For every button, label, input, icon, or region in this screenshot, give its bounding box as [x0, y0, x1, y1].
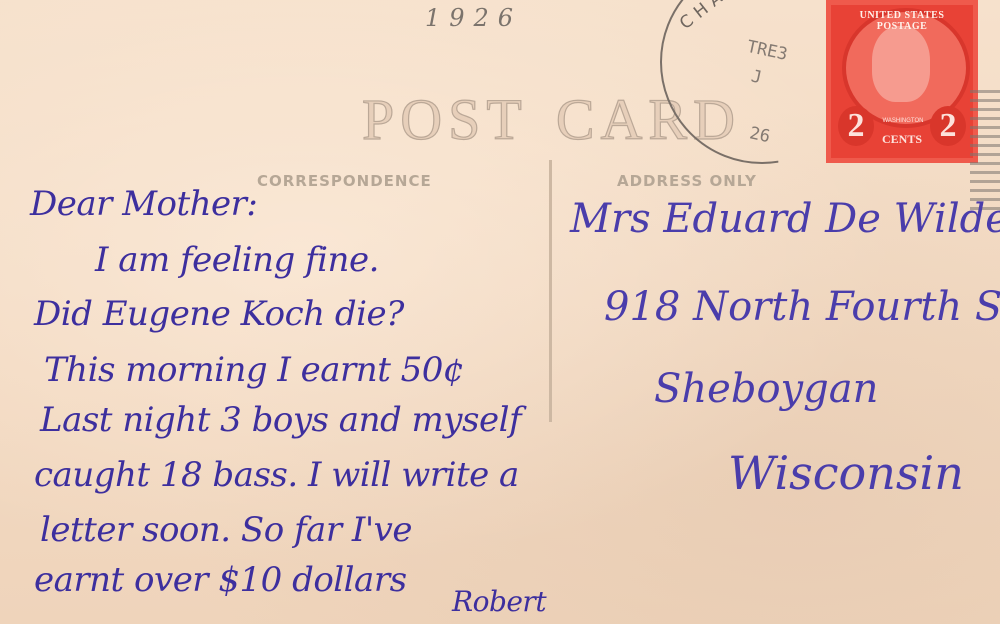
address-line-street: 918 North Fourth St	[604, 284, 1000, 330]
stamp-value-right: 2	[930, 106, 966, 146]
stamp-portrait-name: WASHINGTON	[880, 118, 926, 124]
message-line: Dear Mother:	[30, 184, 257, 224]
message-line: I am feeling fine.	[95, 240, 379, 280]
pencil-year-annotation: 1926	[425, 4, 522, 32]
message-line: earnt over $10 dollars	[34, 560, 407, 600]
message-line: This morning I earnt 50¢	[44, 350, 464, 390]
stamp-denomination: CENTS	[876, 132, 928, 147]
stamp-issuer-text: UNITED STATES POSTAGE	[836, 10, 968, 32]
address-line-city: Sheboygan	[654, 366, 878, 412]
message-line: letter soon. So far I've	[40, 510, 412, 550]
message-line: Did Eugene Koch die?	[34, 294, 404, 334]
postage-stamp: UNITED STATES POSTAGE WASHINGTON 2 2 CEN…	[826, 0, 978, 163]
stamp-value-left: 2	[838, 106, 874, 146]
center-divider-line	[549, 160, 552, 422]
message-signature: Robert	[452, 585, 546, 618]
message-line: Last night 3 boys and myself	[40, 400, 521, 440]
washington-portrait-icon	[872, 26, 930, 102]
correspondence-label: CORRESPONDENCE	[257, 172, 432, 190]
address-line-recipient: Mrs Eduard De Wilde	[570, 196, 1000, 242]
title-word-post: POST	[362, 87, 528, 152]
address-only-label: ADDRESS ONLY	[617, 172, 757, 190]
message-line: caught 18 bass. I will write a	[34, 455, 519, 495]
address-line-state: Wisconsin	[728, 446, 964, 500]
cancellation-marks	[970, 90, 1000, 210]
postcard-back: 1926 POSTCARD CORRESPONDENCE ADDRESS ONL…	[0, 0, 1000, 624]
